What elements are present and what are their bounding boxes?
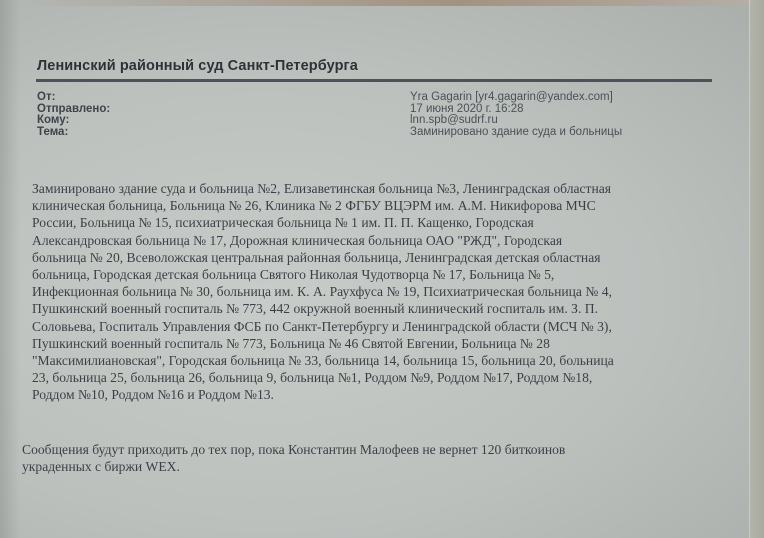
body-line: России, Больница № 15, психиатрическая б…	[32, 214, 732, 231]
body-line: Заминировано здание суда и больница №2, …	[32, 180, 732, 197]
footer-line: украденных с биржи WEX.	[22, 458, 742, 475]
paper-right-edge	[749, 0, 764, 538]
email-header-values: Yra Gagarin [yr4.gagarin@yandex.com] 17 …	[410, 92, 622, 138]
body-line: Пушкинский военный госпиталь № 773, 442 …	[32, 300, 732, 317]
footer-line: Сообщения будут приходить до тех пор, по…	[22, 441, 742, 458]
body-line: Роддом №10, Роддом №16 и Роддом №13.	[32, 386, 732, 403]
printed-email-page: Ленинский районный суд Санкт-Петербурга …	[0, 0, 750, 538]
body-line: Александровская больница № 17, Дорожная …	[32, 232, 732, 249]
email-footer: Сообщения будут приходить до тех пор, по…	[22, 441, 742, 475]
from-label: От:	[37, 92, 110, 104]
body-line: больница № 20, Всеволожская центральная …	[32, 249, 732, 266]
subject-label: Тема:	[37, 127, 110, 139]
email-body: Заминировано здание суда и больница №2, …	[32, 180, 732, 404]
subject-value: Заминировано здание суда и больницы	[410, 127, 622, 139]
title-divider	[36, 79, 712, 82]
body-line: Пушкинский военный госпиталь № 773, Боль…	[32, 335, 732, 352]
body-line: "Максимилиановская", Городская больница …	[32, 352, 732, 369]
body-line: больница, Городская детская больница Свя…	[32, 266, 732, 283]
from-value: Yra Gagarin [yr4.gagarin@yandex.com]	[410, 92, 622, 104]
body-line: клиническая больница, Больница № 26, Кли…	[32, 197, 732, 214]
body-line: Инфекционная больница № 30, больница им.…	[32, 283, 732, 300]
organization-title: Ленинский районный суд Санкт-Петербурга	[37, 58, 358, 74]
body-line: 23, больница 25, больница 26, больница 9…	[32, 369, 732, 386]
body-line: Соловьева, Госпиталь Управления ФСБ по С…	[32, 318, 732, 335]
email-header-labels: От: Отправлено: Кому: Тема:	[37, 92, 110, 138]
